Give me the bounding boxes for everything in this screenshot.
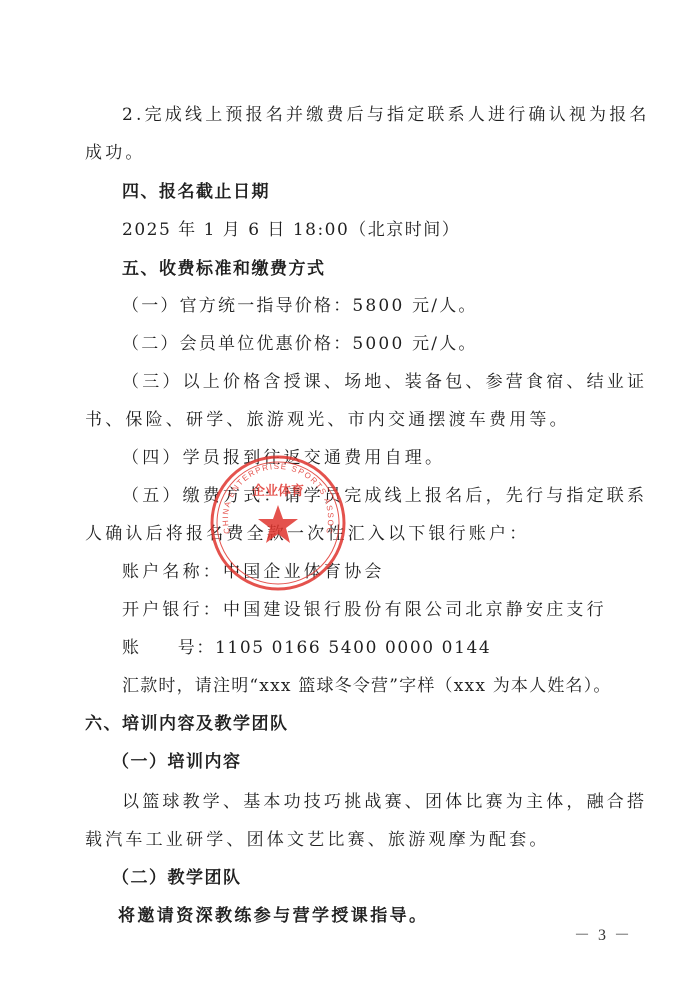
section-6-1-heading: （一）培训内容 xyxy=(112,750,242,774)
fee-official-price: （一）官方统一指导价格：5800 元/人。 xyxy=(122,294,478,318)
registration-step-2: 2.完成线上预报名并缴费后与指定联系人进行确认视为报名 xyxy=(122,103,650,127)
page-number: － 3 － xyxy=(574,922,632,945)
document-page: 2.完成线上预报名并缴费后与指定联系人进行确认视为报名 成功。 四、报名截止日期… xyxy=(0,0,700,989)
teaching-team-text: 将邀请资深教练参与营学授课指导。 xyxy=(118,904,428,928)
section-6-heading: 六、培训内容及教学团队 xyxy=(85,712,289,736)
registration-step-2-cont: 成功。 xyxy=(85,141,146,165)
deadline-text: 2025 年 1 月 6 日 18:00（北京时间） xyxy=(122,218,460,242)
section-6-2-heading: （二）教学团队 xyxy=(112,866,242,890)
fee-payment-method: （五）缴费方式：请学员完成线上报名后，先行与指定联系 xyxy=(122,484,647,508)
official-seal-icon: CHINA ENTERPRISE SPORTS ASSOCIATION 企业体育 xyxy=(208,453,348,593)
training-content-cont: 载汽车工业研学、团体文艺比赛、旅游观摩为配套。 xyxy=(85,828,550,852)
account-number: 账 号：1105 0166 5400 0000 0144 xyxy=(122,636,491,660)
fee-member-price: （二）会员单位优惠价格：5000 元/人。 xyxy=(122,332,478,356)
section-5-heading: 五、收费标准和缴费方式 xyxy=(122,257,326,281)
fee-inclusions-cont: 书、保险、研学、旅游观光、市内交通摆渡车费用等。 xyxy=(85,408,570,432)
section-4-heading: 四、报名截止日期 xyxy=(122,180,270,204)
svg-text:企业体育: 企业体育 xyxy=(252,483,304,499)
bank-name: 开户银行：中国建设银行股份有限公司北京静安庄支行 xyxy=(122,598,607,622)
remittance-note: 汇款时，请注明“xxx 篮球冬令营”字样（xxx 为本人姓名）。 xyxy=(122,674,612,698)
training-content: 以篮球教学、基本功技巧挑战赛、团体比赛为主体，融合搭 xyxy=(122,790,647,814)
fee-inclusions: （三）以上价格含授课、场地、装备包、参营食宿、结业证 xyxy=(122,370,647,394)
